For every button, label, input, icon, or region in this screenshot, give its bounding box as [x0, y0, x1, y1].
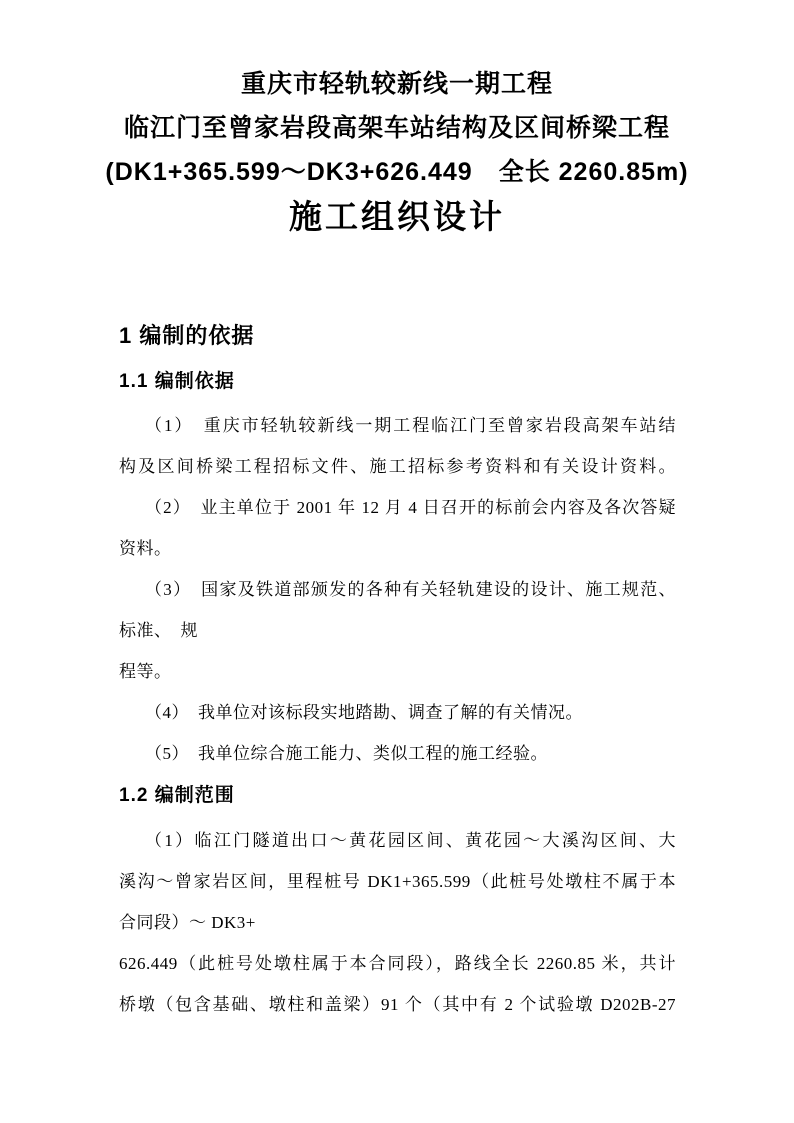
section-1-heading: 1 编制的依据 — [119, 314, 676, 358]
section-1-1-heading: 1.1 编制依据 — [119, 358, 676, 405]
doc-title-line-chainage: (DK1+365.599～DK3+626.449 全长 2260.85m) — [0, 150, 794, 194]
body-line: 626.449（此桩号处墩柱属于本合同段），路线全长 2260.85 米，共计 — [119, 943, 676, 984]
document-title-block: 重庆市轻轨较新线一期工程 临江门至曾家岩段高架车站结构及区间桥梁工程 (DK1+… — [0, 0, 794, 242]
document-body: 1 编制的依据 1.1 编制依据 （1） 重庆市轻轨较新线一期工程临江门至曾家岩… — [0, 314, 794, 1025]
body-line: 构及区间桥梁工程招标文件、施工招标参考资料和有关设计资料。 — [119, 446, 676, 487]
body-line: （1） 重庆市轻轨较新线一期工程临江门至曾家岩段高架车站结 — [119, 405, 676, 446]
body-line: （4） 我单位对该标段实地踏勘、调查了解的有关情况。 — [119, 692, 676, 733]
body-line: （5） 我单位综合施工能力、类似工程的施工经验。 — [119, 733, 676, 774]
body-line: （1）临江门隧道出口～黄花园区间、黄花园～大溪沟区间、大 — [119, 820, 676, 861]
body-line: 程等。 — [119, 651, 676, 692]
body-line: （2） 业主单位于 2001 年 12 月 4 日召开的标前会内容及各次答疑 — [119, 487, 676, 528]
body-line: 桥墩（包含基础、墩柱和盖梁）91 个（其中有 2 个试验墩 D202B-27 — [119, 984, 676, 1025]
body-line: （3） 国家及铁道部颁发的各种有关轻轨建设的设计、施工规范、 — [119, 569, 676, 610]
doc-title-line-project: 重庆市轻轨较新线一期工程 — [0, 62, 794, 106]
body-line: 标准、 规 — [119, 610, 676, 651]
body-line: 资料。 — [119, 528, 676, 569]
section-1-2-heading: 1.2 编制范围 — [119, 774, 676, 820]
body-line: 合同段）～ DK3+ — [119, 902, 676, 943]
doc-title-main: 施工组织设计 — [0, 194, 794, 242]
body-line: 溪沟～曾家岩区间，里程桩号 DK1+365.599（此桩号处墩柱不属于本 — [119, 861, 676, 902]
document-page: 重庆市轻轨较新线一期工程 临江门至曾家岩段高架车站结构及区间桥梁工程 (DK1+… — [0, 0, 794, 1123]
doc-title-line-section: 临江门至曾家岩段高架车站结构及区间桥梁工程 — [0, 106, 794, 150]
